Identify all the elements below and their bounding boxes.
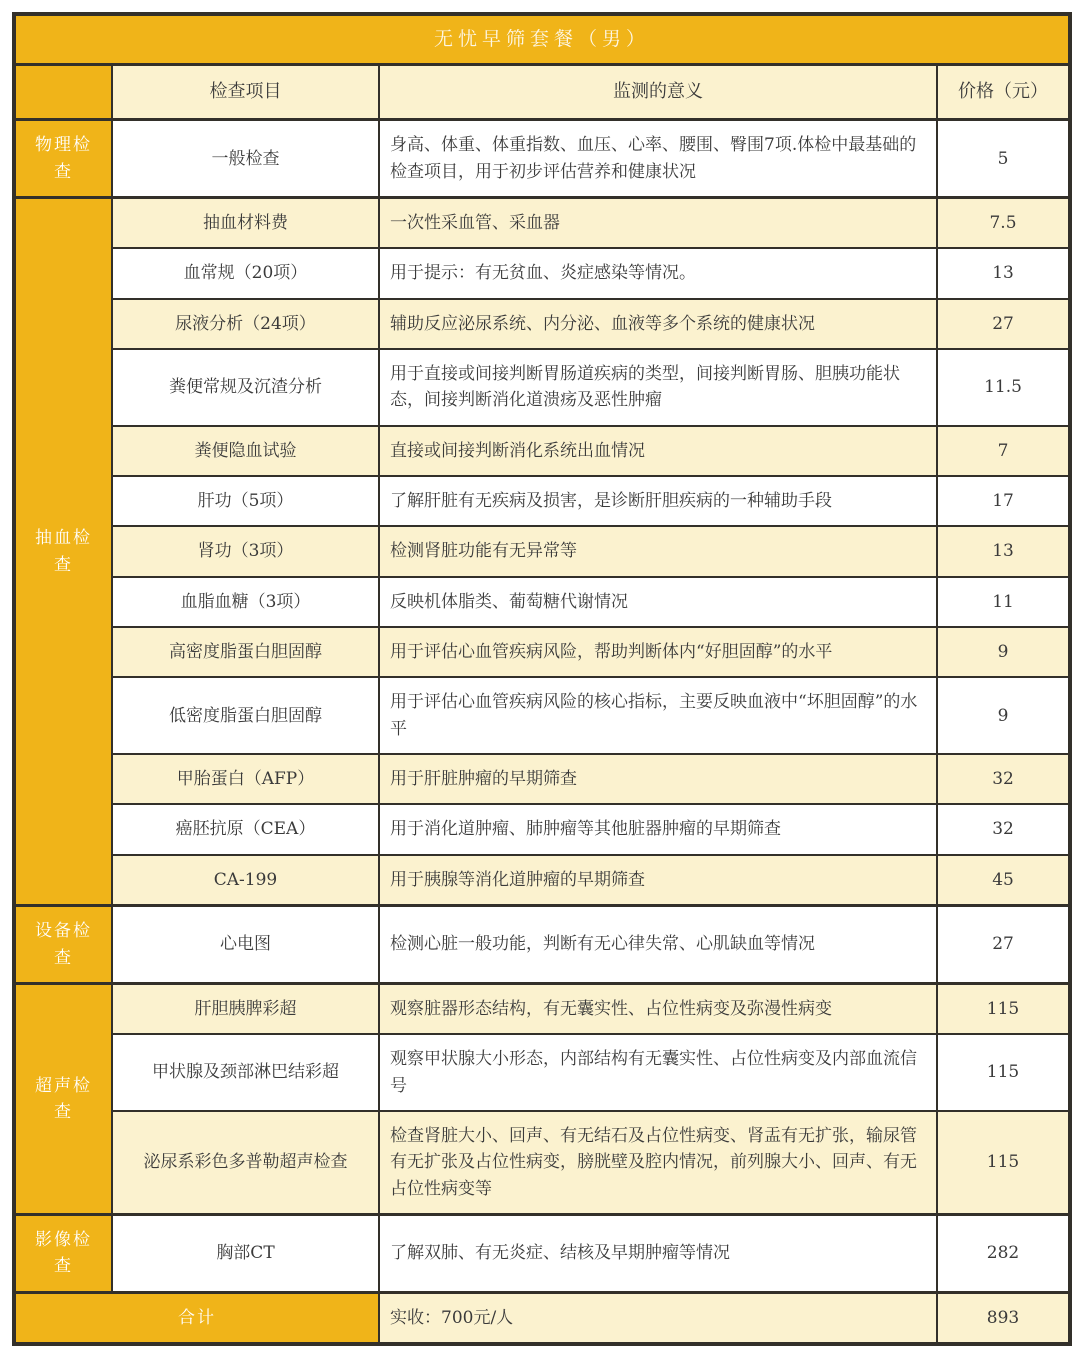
meaning-cell: 用于胰腺等消化道肿瘤的早期筛查 bbox=[379, 855, 937, 906]
table-row: 尿液分析（24项）辅助反应泌尿系统、内分泌、血液等多个系统的健康状况27 bbox=[14, 299, 1070, 349]
item-cell: 肝功（5项） bbox=[112, 476, 379, 526]
meaning-cell: 了解双肺、有无炎症、结核及早期肿瘤等情况 bbox=[379, 1214, 937, 1292]
meaning-cell: 用于评估心血管疾病风险的核心指标，主要反映血液中“坏胆固醇”的水平 bbox=[379, 677, 937, 754]
item-cell: 癌胚抗原（CEA） bbox=[112, 804, 379, 854]
table-row: 癌胚抗原（CEA）用于消化道肿瘤、肺肿瘤等其他脏器肿瘤的早期筛查32 bbox=[14, 804, 1070, 854]
meaning-cell: 反映机体脂类、葡萄糖代谢情况 bbox=[379, 577, 937, 627]
table-row: CA-199用于胰腺等消化道肿瘤的早期筛查45 bbox=[14, 855, 1070, 906]
total-row: 合计实收：700元/人893 bbox=[14, 1292, 1070, 1344]
price-cell: 13 bbox=[937, 248, 1070, 298]
item-cell: 泌尿系彩色多普勒超声检查 bbox=[112, 1111, 379, 1215]
category-cell: 设备检查 bbox=[14, 906, 112, 984]
meaning-cell: 了解肝脏有无疾病及损害，是诊断肝胆疾病的一种辅助手段 bbox=[379, 476, 937, 526]
table-row: 泌尿系彩色多普勒超声检查检查肾脏大小、回声、有无结石及占位性病变、肾盂有无扩张，… bbox=[14, 1111, 1070, 1215]
price-cell: 9 bbox=[937, 677, 1070, 754]
table-row: 低密度脂蛋白胆固醇用于评估心血管疾病风险的核心指标，主要反映血液中“坏胆固醇”的… bbox=[14, 677, 1070, 754]
column-header-row: 检查项目 监测的意义 价格（元） bbox=[14, 65, 1070, 120]
price-cell: 32 bbox=[937, 804, 1070, 854]
item-cell: 胸部CT bbox=[112, 1214, 379, 1292]
table-row: 物理检查一般检查身高、体重、体重指数、血压、心率、腰围、臀围7项.体检中最基础的… bbox=[14, 120, 1070, 198]
price-cell: 27 bbox=[937, 906, 1070, 984]
price-cell: 282 bbox=[937, 1214, 1070, 1292]
price-cell: 9 bbox=[937, 627, 1070, 677]
exam-package-price-table: 无忧早筛套餐（男） 检查项目 监测的意义 价格（元） 物理检查一般检查身高、体重… bbox=[12, 12, 1072, 1346]
price-cell: 17 bbox=[937, 476, 1070, 526]
item-cell: 一般检查 bbox=[112, 120, 379, 198]
item-cell: 低密度脂蛋白胆固醇 bbox=[112, 677, 379, 754]
category-cell: 影像检查 bbox=[14, 1214, 112, 1292]
meaning-cell: 检查肾脏大小、回声、有无结石及占位性病变、肾盂有无扩张，输尿管有无扩张及占位性病… bbox=[379, 1111, 937, 1215]
item-cell: 心电图 bbox=[112, 906, 379, 984]
meaning-cell: 辅助反应泌尿系统、内分泌、血液等多个系统的健康状况 bbox=[379, 299, 937, 349]
category-cell: 抽血检查 bbox=[14, 198, 112, 906]
item-cell: 甲状腺及颈部淋巴结彩超 bbox=[112, 1034, 379, 1111]
meaning-cell: 检测心脏一般功能，判断有无心律失常、心肌缺血等情况 bbox=[379, 906, 937, 984]
table-row: 肝功（5项）了解肝脏有无疾病及损害，是诊断肝胆疾病的一种辅助手段17 bbox=[14, 476, 1070, 526]
price-cell: 11 bbox=[937, 577, 1070, 627]
price-cell: 115 bbox=[937, 1111, 1070, 1215]
meaning-cell: 检测肾脏功能有无异常等 bbox=[379, 526, 937, 576]
table-row: 肾功（3项）检测肾脏功能有无异常等13 bbox=[14, 526, 1070, 576]
price-cell: 27 bbox=[937, 299, 1070, 349]
total-label-cell: 合计 bbox=[14, 1292, 379, 1344]
price-cell: 45 bbox=[937, 855, 1070, 906]
meaning-cell: 身高、体重、体重指数、血压、心率、腰围、臀围7项.体检中最基础的检查项目，用于初… bbox=[379, 120, 937, 198]
table-row: 血常规（20项）用于提示：有无贫血、炎症感染等情况。13 bbox=[14, 248, 1070, 298]
table-row: 甲胎蛋白（AFP）用于肝脏肿瘤的早期筛查32 bbox=[14, 754, 1070, 804]
item-cell: 高密度脂蛋白胆固醇 bbox=[112, 627, 379, 677]
item-cell: 粪便常规及沉渣分析 bbox=[112, 349, 379, 426]
title-row: 无忧早筛套餐（男） bbox=[14, 14, 1070, 65]
table-row: 血脂血糖（3项）反映机体脂类、葡萄糖代谢情况11 bbox=[14, 577, 1070, 627]
table-row: 影像检查胸部CT了解双肺、有无炎症、结核及早期肿瘤等情况282 bbox=[14, 1214, 1070, 1292]
meaning-cell: 一次性采血管、采血器 bbox=[379, 198, 937, 249]
table-row: 超声检查肝胆胰脾彩超观察脏器形态结构，有无囊实性、占位性病变及弥漫性病变115 bbox=[14, 983, 1070, 1034]
total-meaning-cell: 实收：700元/人 bbox=[379, 1292, 937, 1344]
meaning-cell: 用于肝脏肿瘤的早期筛查 bbox=[379, 754, 937, 804]
meaning-cell: 用于直接或间接判断胃肠道疾病的类型，间接判断胃肠、胆胰功能状态，间接判断消化道溃… bbox=[379, 349, 937, 426]
category-header-cell bbox=[14, 65, 112, 120]
meaning-cell: 用于评估心血管疾病风险，帮助判断体内“好胆固醇”的水平 bbox=[379, 627, 937, 677]
category-cell: 超声检查 bbox=[14, 983, 112, 1214]
price-cell: 5 bbox=[937, 120, 1070, 198]
price-cell: 7 bbox=[937, 426, 1070, 476]
table-row: 粪便隐血试验直接或间接判断消化系统出血情况7 bbox=[14, 426, 1070, 476]
page: 无忧早筛套餐（男） 检查项目 监测的意义 价格（元） 物理检查一般检查身高、体重… bbox=[0, 0, 1080, 1358]
price-cell: 13 bbox=[937, 526, 1070, 576]
table-row: 粪便常规及沉渣分析用于直接或间接判断胃肠道疾病的类型，间接判断胃肠、胆胰功能状态… bbox=[14, 349, 1070, 426]
price-cell: 32 bbox=[937, 754, 1070, 804]
item-cell: 尿液分析（24项） bbox=[112, 299, 379, 349]
item-cell: 血脂血糖（3项） bbox=[112, 577, 379, 627]
meaning-cell: 用于消化道肿瘤、肺肿瘤等其他脏器肿瘤的早期筛查 bbox=[379, 804, 937, 854]
item-cell: 抽血材料费 bbox=[112, 198, 379, 249]
item-cell: 甲胎蛋白（AFP） bbox=[112, 754, 379, 804]
col-header-meaning: 监测的意义 bbox=[379, 65, 937, 120]
table-title: 无忧早筛套餐（男） bbox=[14, 14, 1070, 65]
price-cell: 115 bbox=[937, 983, 1070, 1034]
meaning-cell: 直接或间接判断消化系统出血情况 bbox=[379, 426, 937, 476]
item-cell: 肝胆胰脾彩超 bbox=[112, 983, 379, 1034]
meaning-cell: 观察脏器形态结构，有无囊实性、占位性病变及弥漫性病变 bbox=[379, 983, 937, 1034]
table-row: 抽血检查抽血材料费一次性采血管、采血器7.5 bbox=[14, 198, 1070, 249]
table-body: 物理检查一般检查身高、体重、体重指数、血压、心率、腰围、臀围7项.体检中最基础的… bbox=[14, 120, 1070, 1344]
item-cell: 血常规（20项） bbox=[112, 248, 379, 298]
table-row: 高密度脂蛋白胆固醇用于评估心血管疾病风险，帮助判断体内“好胆固醇”的水平9 bbox=[14, 627, 1070, 677]
item-cell: CA-199 bbox=[112, 855, 379, 906]
price-cell: 7.5 bbox=[937, 198, 1070, 249]
col-header-price: 价格（元） bbox=[937, 65, 1070, 120]
price-cell: 115 bbox=[937, 1034, 1070, 1111]
col-header-item: 检查项目 bbox=[112, 65, 379, 120]
item-cell: 粪便隐血试验 bbox=[112, 426, 379, 476]
category-cell: 物理检查 bbox=[14, 120, 112, 198]
table-row: 设备检查心电图检测心脏一般功能，判断有无心律失常、心肌缺血等情况27 bbox=[14, 906, 1070, 984]
table-row: 甲状腺及颈部淋巴结彩超观察甲状腺大小形态，内部结构有无囊实性、占位性病变及内部血… bbox=[14, 1034, 1070, 1111]
meaning-cell: 用于提示：有无贫血、炎症感染等情况。 bbox=[379, 248, 937, 298]
item-cell: 肾功（3项） bbox=[112, 526, 379, 576]
total-price-cell: 893 bbox=[937, 1292, 1070, 1344]
meaning-cell: 观察甲状腺大小形态，内部结构有无囊实性、占位性病变及内部血流信号 bbox=[379, 1034, 937, 1111]
price-cell: 11.5 bbox=[937, 349, 1070, 426]
